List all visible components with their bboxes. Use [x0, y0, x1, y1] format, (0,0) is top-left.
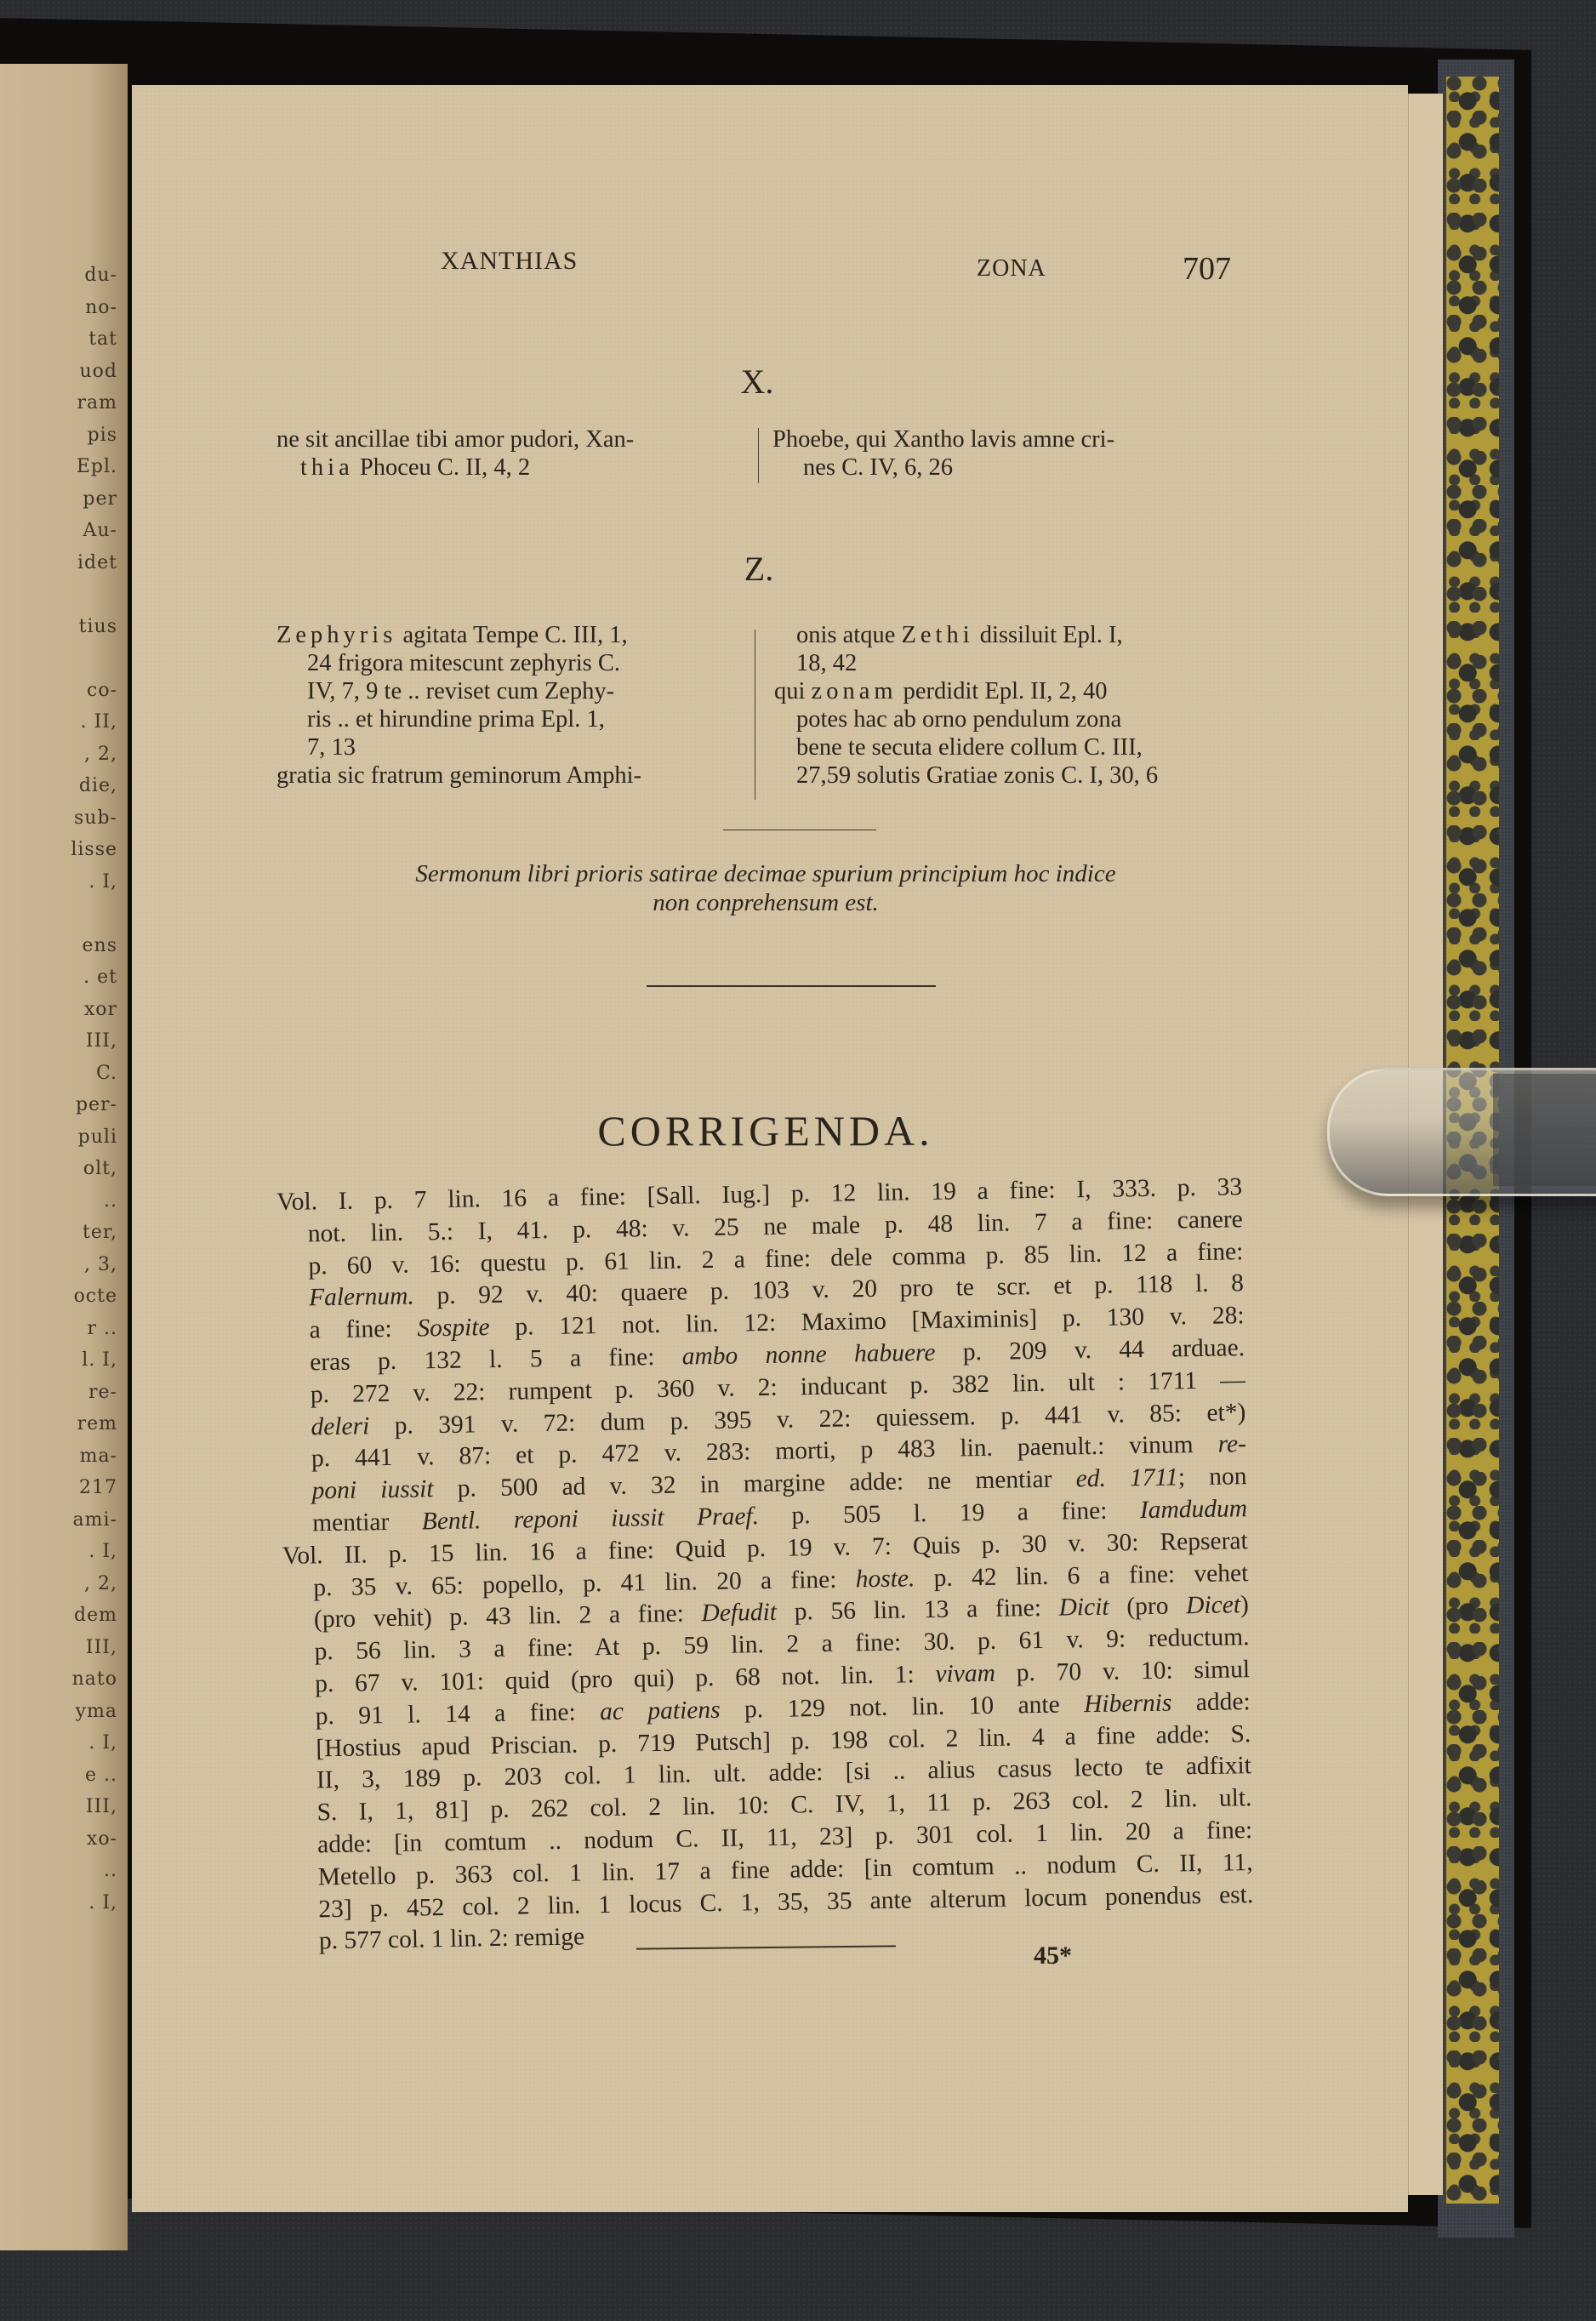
section-heading-x: X. — [732, 362, 783, 402]
column-line: 27,59 solutis Gratiae zonis C. I, 30, 6 — [774, 761, 1242, 790]
running-head-right: ZONA — [977, 255, 1046, 282]
note-line: non conprehensum est. — [281, 888, 1251, 917]
corrigenda-body: Vol. I. p. 7 lin. 16 a fine: [Sall. Iug.… — [276, 1172, 1254, 1959]
corrigenda-title: CORRIGENDA. — [510, 1106, 1021, 1155]
spaced-word: Zephyris — [276, 622, 396, 648]
spatula-shadow — [1493, 1074, 1596, 1186]
section-z-left-column: Zephyris agitata Tempe C. III, 1, 24 fri… — [276, 621, 757, 790]
column-line: ne sit ancillae tibi amor pudori, Xan- — [276, 425, 761, 453]
column-line: Zephyris agitata Tempe C. III, 1, — [276, 621, 757, 649]
column-line: potes hac ab orno pendulum zona — [774, 705, 1242, 733]
section-rule — [647, 985, 936, 987]
column-line: 18, 42 — [774, 649, 1242, 677]
column-line: onis atque Zethi dissiluit Epl. I, — [774, 621, 1242, 649]
column-line: IV, 7, 9 te .. reviset cum Zephy- — [276, 677, 757, 705]
spurium-note: Sermonum libri prioris satirae decimae s… — [281, 859, 1251, 917]
short-rule — [723, 830, 876, 830]
signature-mark: 45* — [1034, 1942, 1072, 1970]
section-z-right-column: onis atque Zethi dissiluit Epl. I, 18, 4… — [774, 621, 1242, 790]
page-number: 707 — [1183, 250, 1231, 288]
note-line: Sermonum libri prioris satirae decimae s… — [281, 859, 1251, 888]
column-line: ris .. et hirundine prima Epl. 1, — [276, 705, 757, 733]
column-line: qui zonam perdidit Epl. II, 2, 40 — [774, 677, 1242, 705]
column-line: nes C. IV, 6, 26 — [772, 453, 1253, 482]
column-divider — [755, 630, 755, 800]
column-line: thia Phoceu C. II, 4, 2 — [276, 453, 761, 482]
column-line: 7, 13 — [276, 733, 757, 761]
section-x-right-column: Phoebe, qui Xantho lavis amne cri- nes C… — [772, 425, 1253, 482]
column-line: bene te secuta elidere collum C. III, — [774, 733, 1242, 761]
column-line: Phoebe, qui Xantho lavis amne cri- — [772, 425, 1253, 453]
section-x-left-column: ne sit ancillae tibi amor pudori, Xan- t… — [276, 425, 761, 482]
spaced-word: Zethi — [901, 622, 973, 648]
spaced-word: zonam — [812, 678, 898, 704]
column-line: 24 frigora mitescunt zephyris C. — [276, 649, 757, 677]
running-head-left: XANTHIAS — [441, 247, 578, 276]
column-divider — [758, 428, 759, 483]
section-heading-z: Z. — [733, 549, 784, 589]
column-line: gratia sic fratrum geminorum Amphi- — [276, 761, 757, 790]
column-line-rest: Phoceu C. II, 4, 2 — [360, 454, 530, 481]
spaced-word: thia — [300, 454, 354, 481]
